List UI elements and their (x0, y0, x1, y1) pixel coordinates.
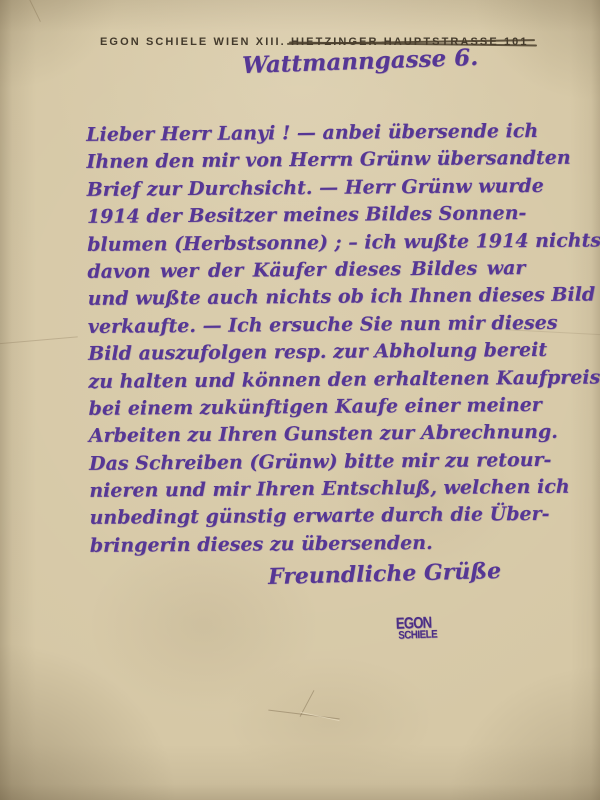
crease-mark (25, 0, 41, 22)
letter-line: Arbeiten zu Ihren Gunsten zur Abrechnung… (89, 419, 527, 450)
letter-body: Lieber Herr Lanyi ! — anbei übersende ic… (86, 118, 528, 560)
letter-line: Brief zur Durchsicht. — Herr Grünw wurde (87, 173, 525, 204)
letter-line: unbedingt günstig erwarte durch die Über… (89, 502, 527, 533)
letter-line: verkaufte. — Ich ersuche Sie nun mir die… (88, 310, 526, 341)
letter-line: nieren und mir Ihren Entschluß, welchen … (89, 474, 527, 505)
letter-line: bringerin dieses zu übersenden. (90, 529, 528, 560)
letter-line: Das Schreiben (Grünw) bitte mir zu retou… (89, 447, 527, 478)
crease-mark (0, 336, 78, 344)
letter-line: Bild auszufolgen resp. zur Abholung bere… (88, 337, 526, 368)
letter-line: und wußte auch nichts ob ich Ihnen diese… (88, 282, 526, 313)
letter-line: Lieber Herr Lanyi ! — anbei übersende ic… (86, 118, 524, 149)
crease-mark (300, 712, 339, 721)
letter-line: zu halten und können den erhaltenen Kauf… (88, 365, 526, 396)
letter-paper: EGON SCHIELE WIEN XIII. HIETZINGER HAUPT… (0, 0, 600, 800)
letter-closing: Freundliche Grüße (268, 558, 502, 590)
signature-stamp: EGON SCHIELE (396, 614, 443, 642)
letterhead-printed-text: EGON SCHIELE WIEN XIII. (100, 36, 286, 48)
letter-line: 1914 der Besitzer meines Bildes Sonnen- (87, 200, 525, 231)
signature-last-name: SCHIELE (398, 628, 437, 641)
letterhead: EGON SCHIELE WIEN XIII. HIETZINGER HAUPT… (100, 36, 580, 48)
handwritten-address: Wattmanngasse 6. (242, 44, 479, 79)
letter-line: Ihnen den mir von Herrn Grünw übersandte… (86, 145, 524, 176)
letter-line: blumen (Herbstsonne) ; – ich wußte 1914 … (87, 228, 525, 259)
letter-line: bei einem zukünftigen Kaufe einer meiner (88, 392, 526, 423)
letter-line: davon wer der Käufer dieses Bildes war (87, 255, 525, 286)
